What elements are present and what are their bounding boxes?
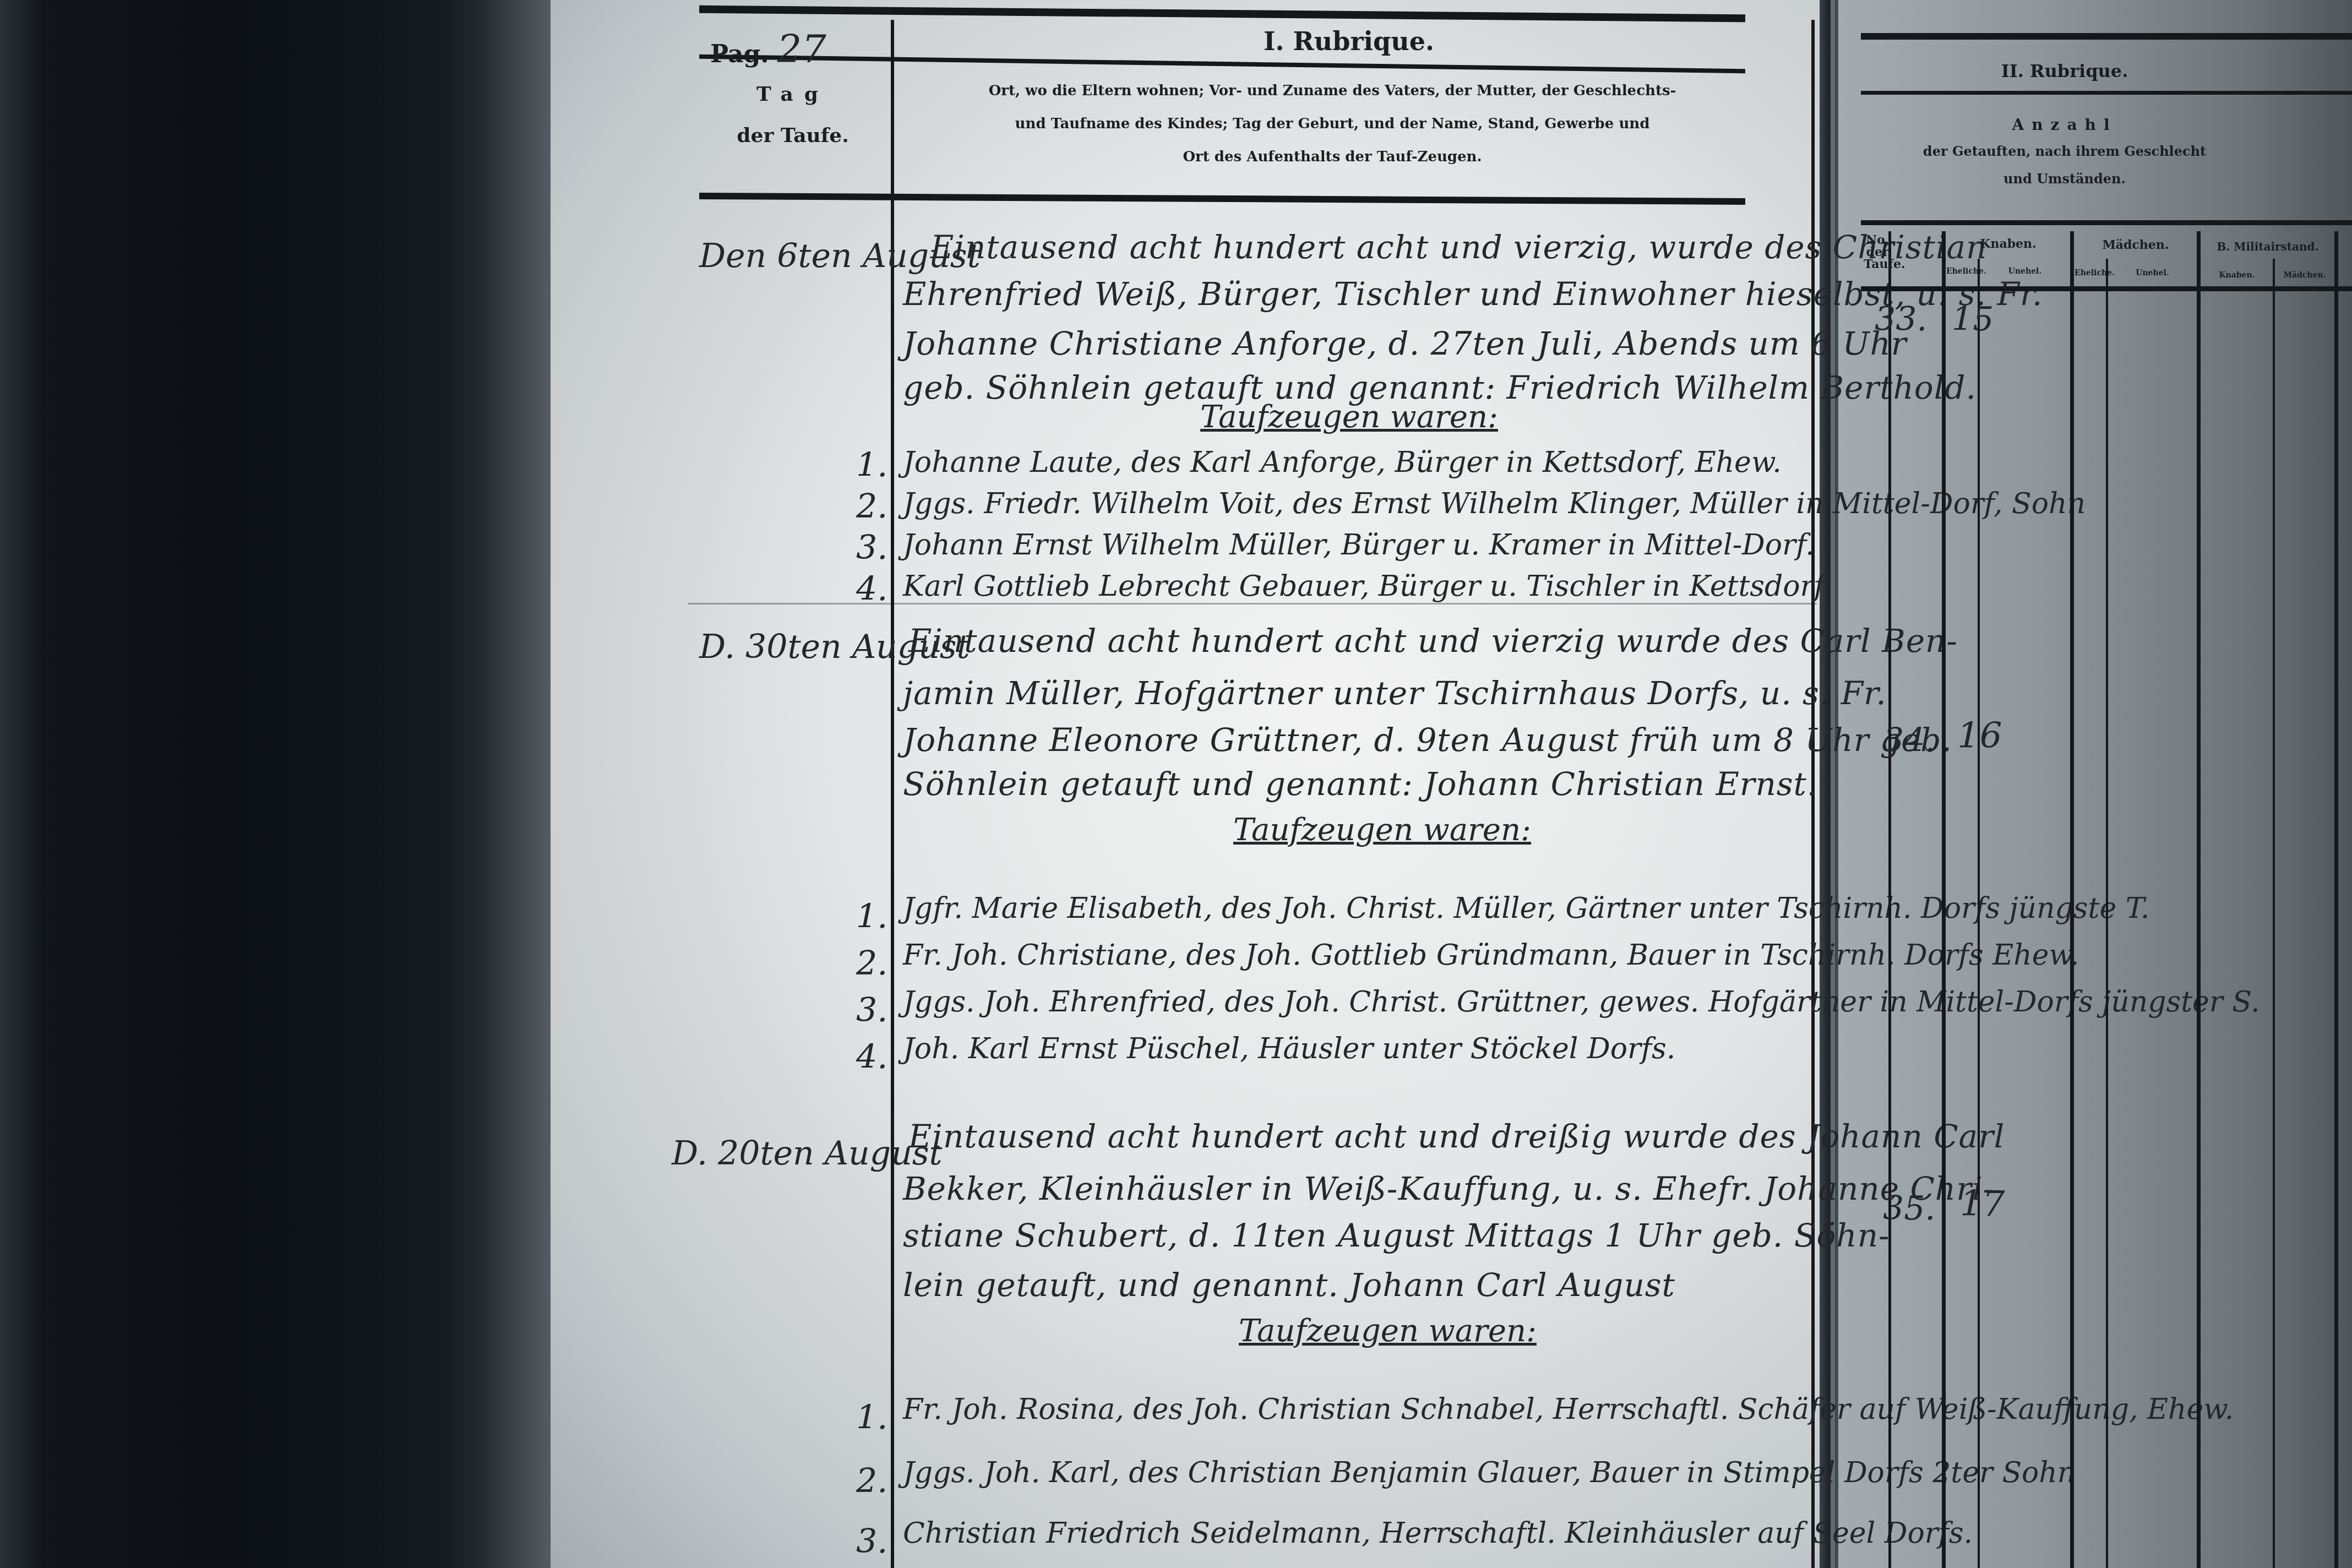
entry-2-line-1: Eintausend acht hundert acht und vierzig… <box>908 622 1958 660</box>
col-divider-boys <box>1942 231 1946 1568</box>
col-divider-girls <box>2070 231 2074 1568</box>
col-divider-girls-sub <box>2106 259 2108 1568</box>
entry-1-line-2: Ehrenfried Weiß, Bürger, Tischler und Ei… <box>903 275 2043 313</box>
page-number: 27 <box>777 26 826 72</box>
col-divider-military-sub <box>2273 259 2275 1568</box>
entry-3-line-4: lein getauft, und genannt. Johann Carl A… <box>903 1266 1675 1304</box>
page-label-text: Pag. <box>710 40 769 68</box>
entry-2-witness-3: Jggs. Joh. Ehrenfried, des Joh. Christ. … <box>903 986 2260 1019</box>
entry-2-witness-2: Fr. Joh. Christiane, des Joh. Gottlieb G… <box>903 939 2079 972</box>
col-sub-boys-illegit: Unehel. <box>1980 267 2070 276</box>
entry-1-line-1: Eintausend acht hundert acht und vierzig… <box>930 228 1987 266</box>
section-two-title: II. Rubrique. <box>1872 61 2257 81</box>
col-divider-military <box>2197 231 2201 1568</box>
entry-3-witness-2: Jggs. Joh. Karl, des Christian Benjamin … <box>903 1456 2076 1489</box>
entry-1-witness-4: Karl Gottlieb Lebrecht Gebauer, Bürger u… <box>903 570 1832 603</box>
section-one-title: I. Rubrique. <box>1156 26 1542 56</box>
entry-1-baptism-number: 33. <box>1875 300 1927 339</box>
col-header-number-l2: der <box>1864 246 1891 258</box>
right-header-mid-rule <box>1861 91 2352 95</box>
section-two-description-line1: Anzahl <box>1872 116 2257 134</box>
entry-2-witness-4: Joh. Karl Ernst Püschel, Häusler unter S… <box>903 1032 1675 1065</box>
entry-2-witness-1: Jgfr. Marie Elisabeth, des Joh. Christ. … <box>903 892 2149 925</box>
date-column-header-line2: der Taufe. <box>699 124 886 147</box>
entry-1-witness-3: Johann Ernst Wilhelm Müller, Bürger u. K… <box>903 529 1815 562</box>
entry-3-witness-1: Fr. Joh. Rosina, des Joh. Christian Schn… <box>903 1393 2234 1426</box>
section-one-description-line1: Ort, wo die Eltern wohnen; Vor- und Zuna… <box>903 83 1762 99</box>
col-divider-boys-sub <box>1978 259 1980 1568</box>
entry-1-line-3: Johanne Christiane Anforge, d. 27ten Jul… <box>903 325 1907 362</box>
entry-2-witness-4-number: 4. <box>856 1038 888 1076</box>
entry-1-boys-legit-count: 15 <box>1952 300 1994 339</box>
entry-3-line-2: Bekker, Kleinhäusler in Weiß-Kauffung, u… <box>903 1170 1994 1207</box>
entry-3-line-1: Eintausend acht hundert acht und dreißig… <box>908 1118 2005 1155</box>
date-column-header-line1: Tag <box>699 83 886 106</box>
entry-1-witness-1: Johanne Laute, des Karl Anforge, Bürger … <box>903 446 1782 479</box>
entry-2-line-4: Söhnlein getauft und genannt: Johann Chr… <box>903 765 1817 803</box>
entry-1-witness-3-number: 3. <box>856 529 888 567</box>
entry-2-witness-heading: Taufzeugen waren: <box>1233 812 1531 848</box>
col-sub-girls-illegit: Unehel. <box>2108 269 2197 277</box>
dark-background-left <box>0 0 551 1568</box>
page-label: Pag. 27 <box>710 26 826 72</box>
entry-1-witness-1-number: 1. <box>856 446 888 484</box>
col-sub-boys-legit: Eheliche. <box>1946 267 1978 276</box>
entry-1-witness-2: Jggs. Friedr. Wilhelm Voit, des Ernst Wi… <box>903 487 2086 520</box>
section-two-description-line3: und Umständen. <box>1872 171 2257 187</box>
col-sub-military-girls: Mädchen. <box>2275 271 2334 280</box>
entry-3-boys-legit-count: 17 <box>1960 1184 2005 1224</box>
col-header-number-l1: No. <box>1864 234 1891 246</box>
entry-3-witness-1-number: 1. <box>856 1398 888 1437</box>
entry-3-witness-heading: Taufzeugen waren: <box>1239 1313 1537 1349</box>
col-header-military: B. Militairstand. <box>2201 240 2334 253</box>
entry-1-witness-heading: Taufzeugen waren: <box>1200 399 1498 435</box>
col-header-number: No. der Taufe. <box>1864 234 1891 270</box>
entry-3-baptism-number: 35. <box>1883 1189 1935 1228</box>
entry-3-line-3: stiane Schubert, d. 11ten August Mittags… <box>903 1217 1890 1254</box>
section-one-description-line2: und Taufname des Kindes; Tag der Geburt,… <box>903 116 1762 132</box>
col-header-number-l3: Taufe. <box>1864 258 1891 270</box>
entry-2-witness-2-number: 2. <box>856 944 888 983</box>
entry-3-witness-3: Christian Friedrich Seidelmann, Herrscha… <box>903 1517 1973 1550</box>
entry-2-line-2: jamin Müller, Hofgärtner unter Tschirnha… <box>903 674 1887 712</box>
entry-2-baptism-number: 34. <box>1883 721 1935 760</box>
entry-3-date: D. 20ten August <box>672 1134 943 1173</box>
section-two-description-line2: der Getauften, nach ihrem Geschlecht <box>1872 143 2257 159</box>
entry-2-witness-3-number: 3. <box>856 991 888 1030</box>
entry-2-boys-legit-count: 16 <box>1957 716 2002 756</box>
col-header-girls: Mädchen. <box>2075 238 2197 252</box>
col-divider-number <box>1888 231 1891 1568</box>
entry-1-witness-2-number: 2. <box>856 487 888 526</box>
col-sub-military-boys: Knaben. <box>2201 271 2273 280</box>
right-header-bottom-rule <box>1861 220 2352 225</box>
entry-1-separator <box>688 603 1817 605</box>
col-divider-end <box>2334 231 2338 1568</box>
col-header-boys: Knaben. <box>1946 237 2070 251</box>
section-one-description-line3: Ort des Aufenthalts der Tauf-Zeugen. <box>903 149 1762 165</box>
entry-3-witness-2-number: 2. <box>856 1462 888 1500</box>
entry-2-line-3: Johanne Eleonore Grüttner, d. 9ten Augus… <box>903 721 1952 759</box>
entry-2-witness-1-number: 1. <box>856 897 888 936</box>
col-sub-girls-legit: Eheliche. <box>2075 269 2106 277</box>
entry-3-witness-3-number: 3. <box>856 1522 888 1561</box>
right-header-top-rule <box>1861 33 2352 40</box>
